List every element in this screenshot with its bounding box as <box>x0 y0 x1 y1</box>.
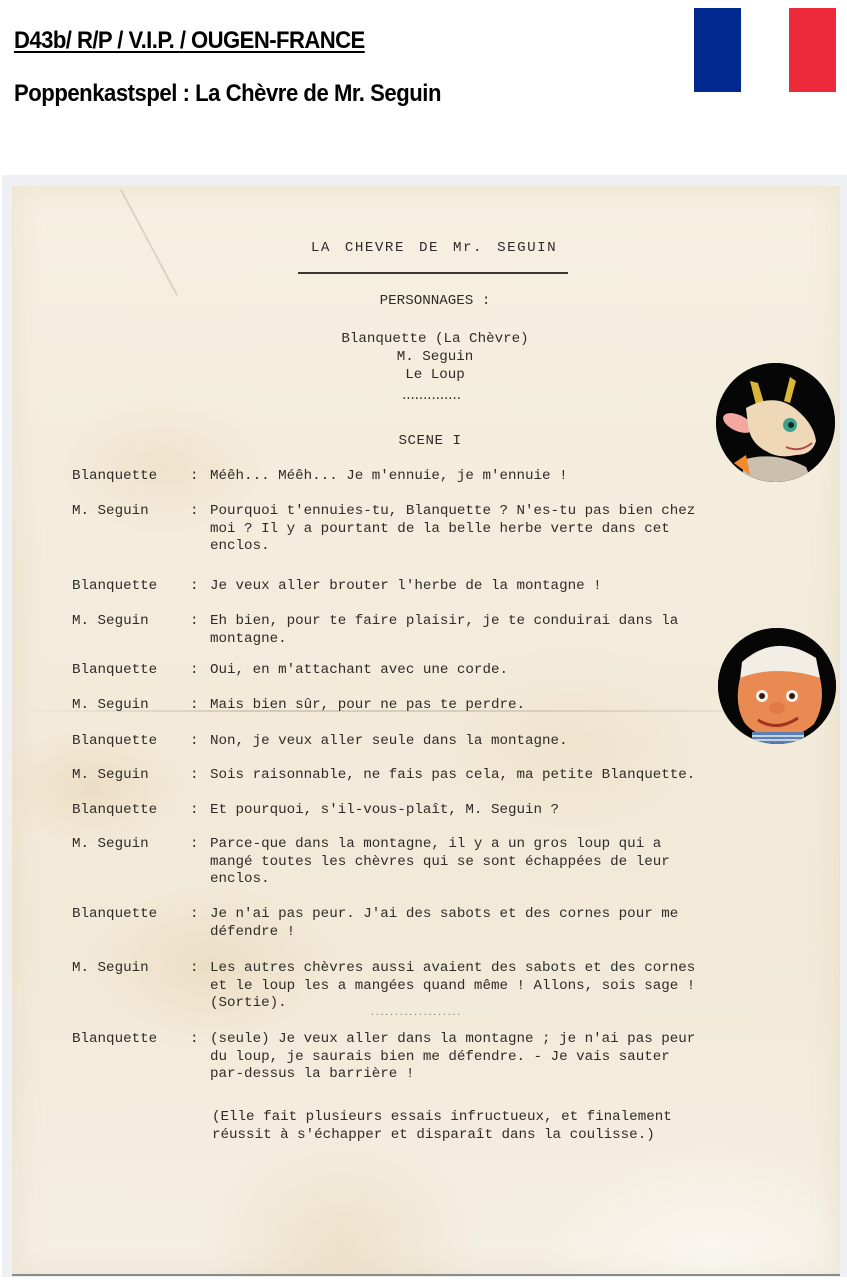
stage-direction-line: réussit à s'échapper et disparaît dans l… <box>212 1127 812 1145</box>
cast-member: Blanquette (La Chèvre) <box>300 330 570 348</box>
dialogue-line: Blanquette:Je veux aller brouter l'herbe… <box>72 578 812 596</box>
speaker-name: Blanquette <box>72 906 190 941</box>
speech-line: mangé toutes les chèvres qui se sont éch… <box>210 854 810 872</box>
speech-line: (seule) Je veux aller dans la montagne ;… <box>210 1031 810 1049</box>
speaker-name: M. Seguin <box>72 836 190 889</box>
dialogue-line: Blanquette:Et pourquoi, s'il-vous-plaît,… <box>72 802 812 820</box>
small-dotted-divider: ................... <box>370 1005 461 1023</box>
speaker-colon: : <box>190 836 210 889</box>
speech-line: montagne. <box>210 631 810 649</box>
speaker-colon: : <box>190 468 210 486</box>
speech-line: enclos. <box>210 538 810 556</box>
speech-line: Pourquoi t'ennuies-tu, Blanquette ? N'es… <box>210 503 810 521</box>
speaker-colon: : <box>190 960 210 1013</box>
france-flag-icon <box>694 8 836 92</box>
speech-line: Eh bien, pour te faire plaisir, je te co… <box>210 613 810 631</box>
dialogue-line: Blanquette:Méêh... Méêh... Je m'ennuie, … <box>72 468 812 486</box>
speaker-name: M. Seguin <box>72 503 190 556</box>
speech-text: Et pourquoi, s'il-vous-plaît, M. Seguin … <box>210 802 810 820</box>
speech-text: Parce-que dans la montagne, il y a un gr… <box>210 836 810 889</box>
speaker-colon: : <box>190 767 210 785</box>
speech-text: Non, je veux aller seule dans la montagn… <box>210 733 810 751</box>
seguin-puppet-icon <box>718 628 836 744</box>
speech-text: Méêh... Méêh... Je m'ennuie, je m'ennuie… <box>210 468 810 486</box>
speaker-colon: : <box>190 1031 210 1084</box>
speech-text: (seule) Je veux aller dans la montagne ;… <box>210 1031 810 1084</box>
flag-blue-band <box>694 8 741 92</box>
dialogue-line: M. Seguin:Eh bien, pour te faire plaisir… <box>72 613 812 648</box>
speaker-name: Blanquette <box>72 662 190 680</box>
dialogue-line: Blanquette:Non, je veux aller seule dans… <box>72 733 812 751</box>
dialogue-line: Blanquette:Je n'ai pas peur. J'ai des sa… <box>72 906 812 941</box>
flag-white-band <box>741 8 788 92</box>
speech-line: du loup, je saurais bien me défendre. - … <box>210 1049 810 1067</box>
speaker-colon: : <box>190 503 210 556</box>
speech-text: Les autres chèvres aussi avaient des sab… <box>210 960 810 1013</box>
speaker-colon: : <box>190 578 210 596</box>
dialogue-line: Blanquette:(seule) Je veux aller dans la… <box>72 1031 812 1084</box>
cast-member: Le Loup <box>300 366 570 384</box>
speech-line: Je n'ai pas peur. J'ai des sabots et des… <box>210 906 810 924</box>
cast-member: M. Seguin <box>300 348 570 366</box>
speech-line: Non, je veux aller seule dans la montagn… <box>210 733 810 751</box>
speaker-name: Blanquette <box>72 468 190 486</box>
speech-line: (Sortie). <box>210 995 810 1013</box>
speech-line: Parce-que dans la montagne, il y a un gr… <box>210 836 810 854</box>
speech-line: Je veux aller brouter l'herbe de la mont… <box>210 578 810 596</box>
flag-red-band <box>789 8 836 92</box>
header-reference: D43b/ R/P / V.I.P. / OUGEN-FRANCE <box>14 27 365 55</box>
header-title: Poppenkastspel : La Chèvre de Mr. Seguin <box>14 80 441 108</box>
goat-puppet-icon <box>716 363 835 482</box>
document-title: LA CHEVRE DE Mr. SEGUIN <box>298 240 570 258</box>
speaker-name: M. Seguin <box>72 960 190 1013</box>
speech-line: Méêh... Méêh... Je m'ennuie, je m'ennuie… <box>210 468 810 486</box>
speaker-name: Blanquette <box>72 802 190 820</box>
dialogue-line: M. Seguin:Parce-que dans la montagne, il… <box>72 836 812 889</box>
dialogue-line: M. Seguin:Mais bien sûr, pour ne pas te … <box>72 697 812 715</box>
speaker-name: Blanquette <box>72 578 190 596</box>
speech-line: moi ? Il y a pourtant de la belle herbe … <box>210 521 810 539</box>
speech-text: Je veux aller brouter l'herbe de la mont… <box>210 578 810 596</box>
goat-puppet-photo <box>716 363 835 482</box>
speaker-colon: : <box>190 613 210 648</box>
speech-line: Sois raisonnable, ne fais pas cela, ma p… <box>210 767 810 785</box>
speech-line: enclos. <box>210 871 810 889</box>
speech-text: Je n'ai pas peur. J'ai des sabots et des… <box>210 906 810 941</box>
cast-list: Blanquette (La Chèvre) M. Seguin Le Loup <box>300 330 570 384</box>
scene-heading: SCENE I <box>300 433 560 451</box>
speaker-colon: : <box>190 697 210 715</box>
seguin-puppet-photo <box>718 628 836 744</box>
speech-line: par-dessus la barrière ! <box>210 1066 810 1084</box>
dotted-divider: .............. <box>300 388 560 406</box>
speaker-name: Blanquette <box>72 733 190 751</box>
stage-direction-line: (Elle fait plusieurs essais infructueux,… <box>212 1109 812 1127</box>
dialogue-line: M. Seguin:Pourquoi t'ennuies-tu, Blanque… <box>72 503 812 556</box>
paper-bottom-edge <box>12 1274 840 1276</box>
dialogue-line: Blanquette:Oui, en m'attachant avec une … <box>72 662 812 680</box>
stage-direction: (Elle fait plusieurs essais infructueux,… <box>212 1109 812 1144</box>
speech-text: Sois raisonnable, ne fais pas cela, ma p… <box>210 767 810 785</box>
speaker-name: M. Seguin <box>72 767 190 785</box>
speech-line: Les autres chèvres aussi avaient des sab… <box>210 960 810 978</box>
speech-text: Pourquoi t'ennuies-tu, Blanquette ? N'es… <box>210 503 810 556</box>
speaker-colon: : <box>190 802 210 820</box>
speech-line: Et pourquoi, s'il-vous-plaît, M. Seguin … <box>210 802 810 820</box>
speaker-name: M. Seguin <box>72 613 190 648</box>
title-underline <box>298 272 568 274</box>
speech-line: et le loup les a mangées quand même ! Al… <box>210 978 810 996</box>
characters-heading: PERSONNAGES : <box>300 293 570 311</box>
speaker-colon: : <box>190 906 210 941</box>
speaker-colon: : <box>190 662 210 680</box>
speech-text: Eh bien, pour te faire plaisir, je te co… <box>210 613 810 648</box>
dialogue-line: M. Seguin:Sois raisonnable, ne fais pas … <box>72 767 812 785</box>
speaker-name: Blanquette <box>72 1031 190 1084</box>
speaker-colon: : <box>190 733 210 751</box>
speaker-name: M. Seguin <box>72 697 190 715</box>
speech-line: défendre ! <box>210 924 810 942</box>
